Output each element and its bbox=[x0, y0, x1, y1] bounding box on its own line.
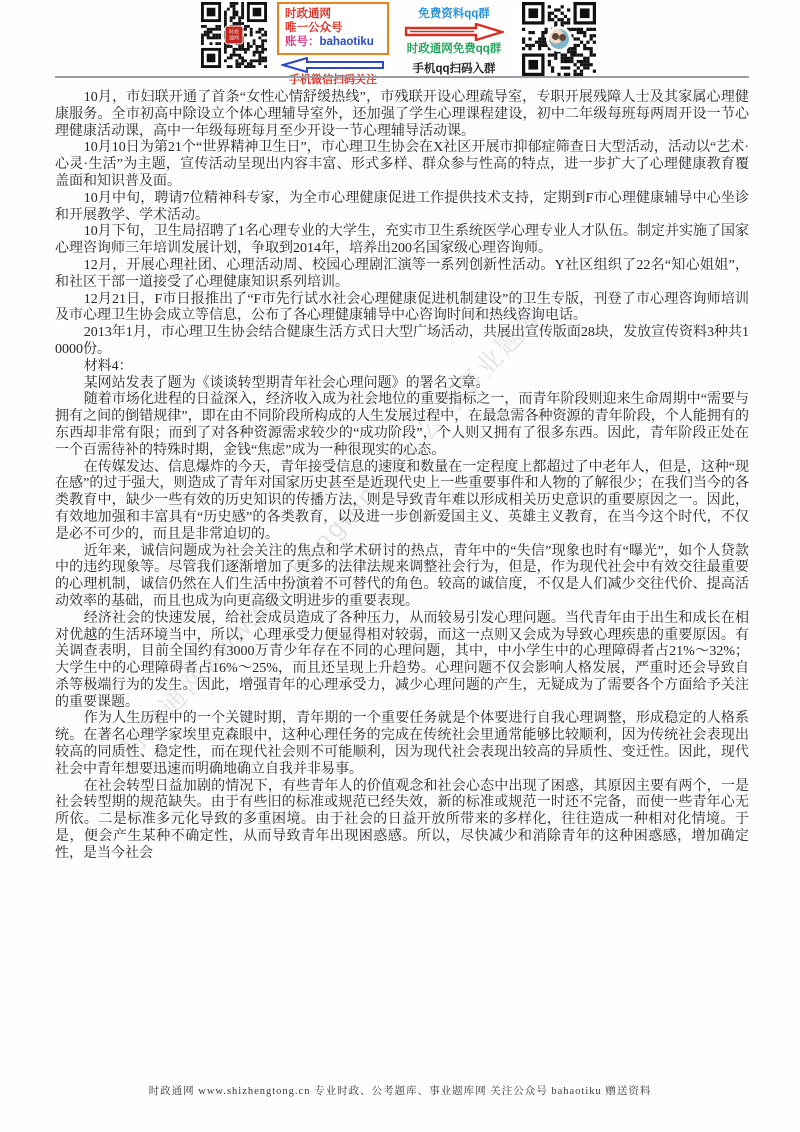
paragraph: 在社会转型日益加剧的情况下，有些青年人的价值观念和社会心态中出现了困惑，其原因主… bbox=[55, 779, 749, 863]
site-name-label: 时政通网 bbox=[285, 7, 381, 21]
paragraph: 10月，市妇联开通了首条“女性心情舒缓热线”，市残联开设心理疏导室，专职开展残障… bbox=[55, 90, 749, 140]
qq-group-title: 免费资料qq群 bbox=[418, 8, 490, 21]
paragraph: 10月10日为第21个“世界精神卫生日”，市心理卫生协会在X社区开展市抑郁症筛查… bbox=[55, 140, 749, 190]
document-page: 时政 通网 时政通网 唯一公众号 账号：bahaotiku 手机微信扫码关注 免… bbox=[0, 0, 800, 1132]
shizhengtong-logo-icon: 时政 通网 bbox=[225, 26, 244, 45]
account-value: bahaotiku bbox=[320, 36, 374, 48]
paragraph: 10月中旬，聘请7位精神科专家，为全市心理健康促进工作提供技术支持，定期到F市心… bbox=[55, 191, 749, 225]
qq-avatar-icon bbox=[546, 26, 572, 52]
qq-promo-column: 免费资料qq群 时政通网免费qq群 手机qq扫码入群 bbox=[399, 2, 509, 76]
official-account-label: 唯一公众号 bbox=[285, 21, 381, 35]
paragraph: 随着市场化进程的日益深入，经济收入成为社会地位的重要指标之一，而青年阶段则迎来生… bbox=[55, 392, 749, 459]
paragraph: 10月下旬，卫生局招聘了1名心理专业的大学生，充实市卫生系统医学心理专业人才队伍… bbox=[55, 224, 749, 258]
logo-text-line2: 通网 bbox=[229, 35, 239, 41]
header-divider bbox=[55, 76, 749, 78]
paragraph: 在传媒发达、信息爆炸的今天，青年接受信息的速度和数量在一定程度上都超过了中老年人… bbox=[55, 460, 749, 544]
qq-group-qr-code bbox=[519, 2, 599, 76]
promo-header: 时政 通网 时政通网 唯一公众号 账号：bahaotiku 手机微信扫码关注 免… bbox=[0, 0, 800, 80]
wechat-account-box: 时政通网 唯一公众号 账号：bahaotiku bbox=[277, 2, 389, 55]
paragraph: 材料4： bbox=[55, 359, 749, 376]
paragraph: 近年来，诚信问题成为社会关注的焦点和学术研讨的热点，青年中的“失信”现象也时有“… bbox=[55, 544, 749, 611]
footer-text: 时政通网 www.shizhengtong.cn 专业时政、公考题库、事业题库网… bbox=[0, 1083, 800, 1098]
right-arrow-icon bbox=[404, 23, 504, 41]
paragraph: 2013年1月，市心理卫生协会结合健康生活方式日大型广场活动，共展出宣传版面28… bbox=[55, 325, 749, 359]
qq-group-name: 时政通网免费qq群 bbox=[407, 43, 502, 56]
wechat-promo-column: 时政通网 唯一公众号 账号：bahaotiku 手机微信扫码关注 bbox=[277, 2, 389, 87]
paragraph: 12月21日，F市日报推出了“F市先行试水社会心理健康促进机制建设”的卫生专版，… bbox=[55, 292, 749, 326]
paragraph: 作为人生历程中的一个关键时期，青年期的一个重要任务就是个体要进行自我心理调整，形… bbox=[55, 711, 749, 778]
account-label: 账号： bbox=[285, 36, 320, 48]
paragraph: 某网站发表了题为《谈谈转型期青年社会心理问题》的署名文章。 bbox=[55, 376, 749, 393]
qq-scan-caption: 手机qq扫码入群 bbox=[412, 63, 495, 76]
paragraph: 经济社会的快速发展，给社会成员造成了各种压力，从而较易引发心理问题。当代青年由于… bbox=[55, 611, 749, 712]
paragraph: 12月，开展心理社团、心理活动周、校园心理剧汇演等一系列创新性活动。Y社区组织了… bbox=[55, 258, 749, 292]
wechat-qr-code: 时政 通网 bbox=[201, 2, 267, 68]
document-body: 10月，市妇联开通了首条“女性心情舒缓热线”，市残联开设心理疏导室，专职开展残障… bbox=[55, 90, 749, 863]
account-id-row: 账号：bahaotiku bbox=[285, 35, 381, 49]
left-arrow-icon bbox=[281, 57, 385, 73]
